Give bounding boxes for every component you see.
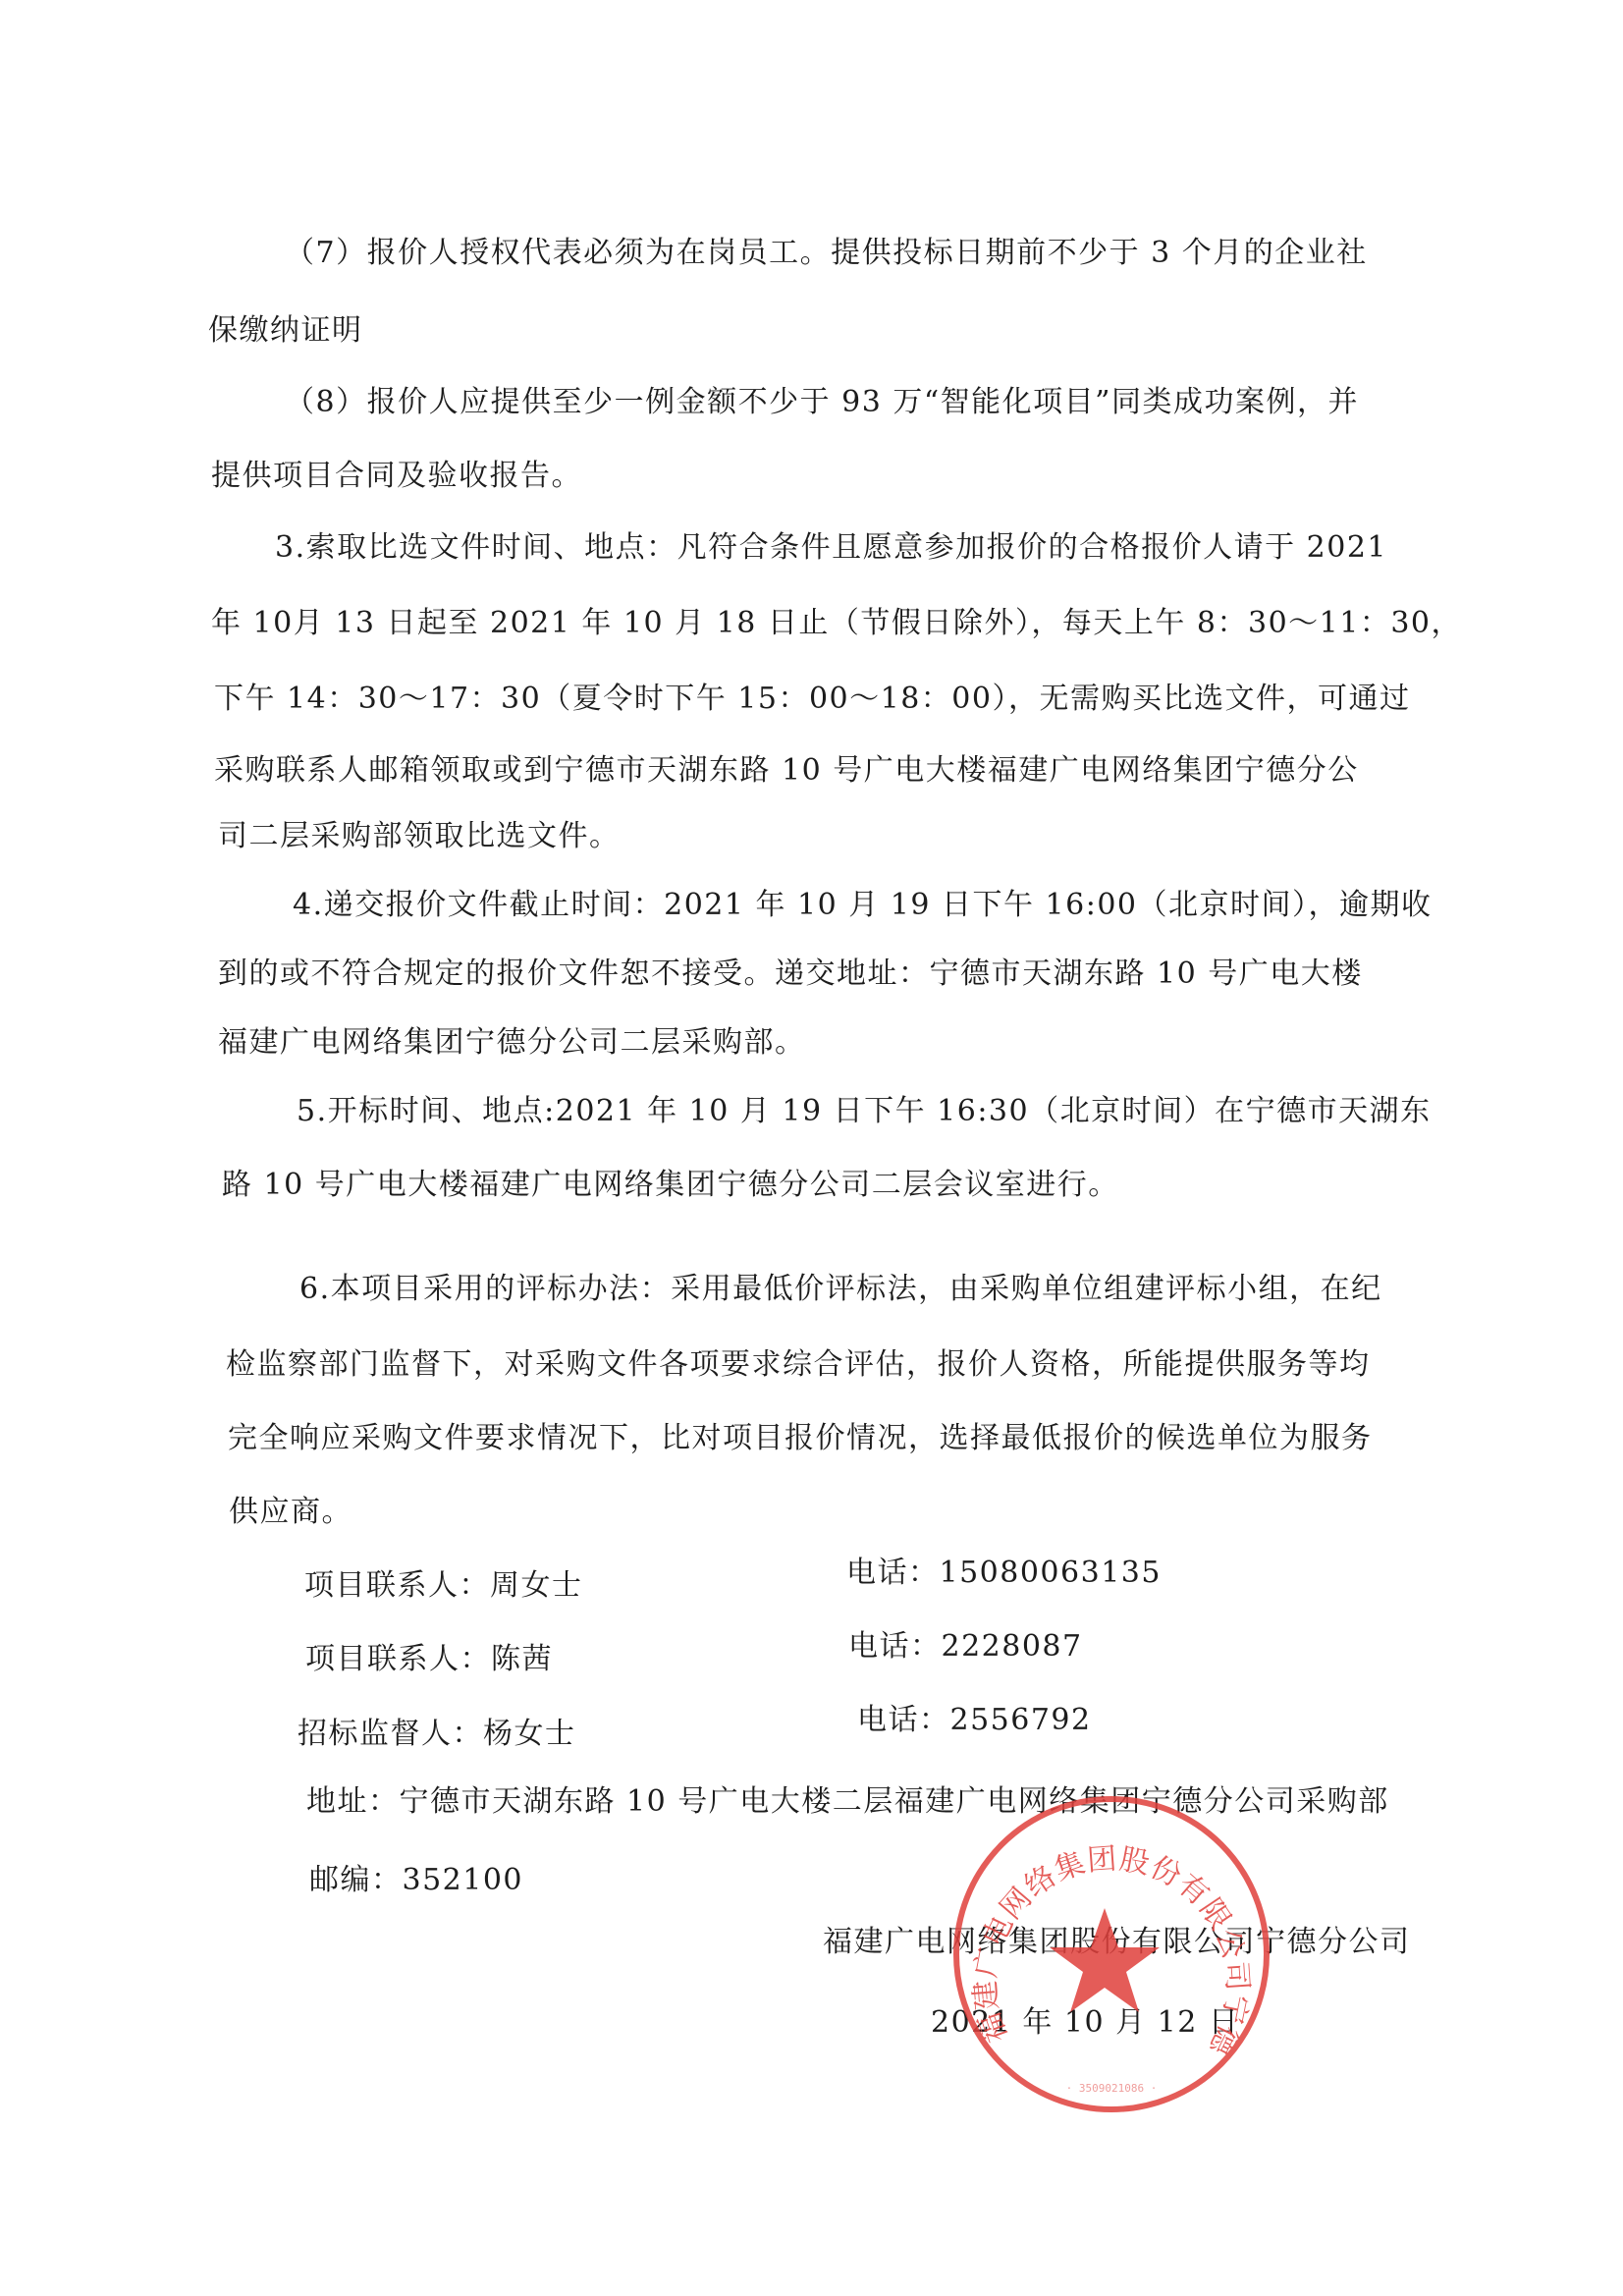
- contact-role-1: 项目联系人：周女士: [304, 1566, 583, 1606]
- section6-line-3: 完全响应采购文件要求情况下，比对项目报价情况，选择最低报价的候选单位为服务: [228, 1419, 1373, 1458]
- section4-line-1: 4.递交报价文件截止时间：2021 年 10 月 19 日下午 16:00（北京…: [293, 886, 1433, 925]
- contact-phone-1: 电话：15080063135: [846, 1554, 1162, 1593]
- contact-phone-3: 电话：2556792: [857, 1701, 1092, 1740]
- postcode-line: 邮编：352100: [309, 1861, 523, 1900]
- svg-text:· 3509021086 ·: · 3509021086 ·: [1066, 2082, 1158, 2095]
- section3-line-1: 3.索取比选文件时间、地点：凡符合条件且愿意参加报价的合格报价人请于 2021: [275, 528, 1387, 568]
- item7-line-2: 保缴纳证明: [208, 311, 363, 351]
- section5-line-2: 路 10 号广电大楼福建广电网络集团宁德分公司二层会议室进行。: [222, 1166, 1119, 1205]
- section4-line-3: 福建广电网络集团宁德分公司二层采购部。: [218, 1023, 806, 1063]
- document-page: （7）报价人授权代表必须为在岗员工。提供投标日期前不少于 3 个月的企业社 保缴…: [0, 0, 1623, 2296]
- section6-line-2: 检监察部门监督下，对采购文件各项要求综合评估，报价人资格，所能提供服务等均: [226, 1345, 1371, 1385]
- section3-line-3: 下午 14：30～17：30（夏令时下午 15：00～18：00），无需购买比选…: [214, 680, 1410, 719]
- section4-line-2: 到的或不符合规定的报价文件恕不接受。递交地址：宁德市天湖东路 10 号广电大楼: [218, 955, 1363, 994]
- section3-line-5: 司二层采购部领取比选文件。: [218, 817, 621, 856]
- contact-role-3: 招标监督人：杨女士: [298, 1715, 576, 1754]
- item8-line-2: 提供项目合同及验收报告。: [211, 457, 582, 496]
- signature-company: 福建广电网络集团股份有限公司宁德分公司: [823, 1923, 1411, 1962]
- section6-line-1: 6.本项目采用的评标办法：采用最低价评标法，由采购单位组建评标小组，在纪: [299, 1270, 1382, 1309]
- contact-role-2: 项目联系人：陈茜: [305, 1640, 553, 1679]
- item8-line-1: （8）报价人应提供至少一例金额不少于 93 万“智能化项目”同类成功案例，并: [285, 383, 1359, 422]
- section3-line-2: 年 10月 13 日起至 2021 年 10 月 18 日止（节假日除外），每天…: [211, 604, 1462, 643]
- item7-line-1: （7）报价人授权代表必须为在岗员工。提供投标日期前不少于 3 个月的企业社: [285, 234, 1368, 273]
- section5-line-1: 5.开标时间、地点:2021 年 10 月 19 日下午 16:30（北京时间）…: [297, 1092, 1432, 1131]
- section3-line-4: 采购联系人邮箱领取或到宁德市天湖东路 10 号广电大楼福建广电网络集团宁德分公: [214, 751, 1359, 791]
- signature-date: 2021 年 10 月 12 日: [931, 2003, 1239, 2043]
- section6-line-4: 供应商。: [229, 1493, 352, 1532]
- contact-phone-2: 电话：2228087: [848, 1627, 1083, 1667]
- address-line: 地址：宁德市天湖东路 10 号广电大楼二层福建广电网络集团宁德分公司采购部: [306, 1782, 1389, 1822]
